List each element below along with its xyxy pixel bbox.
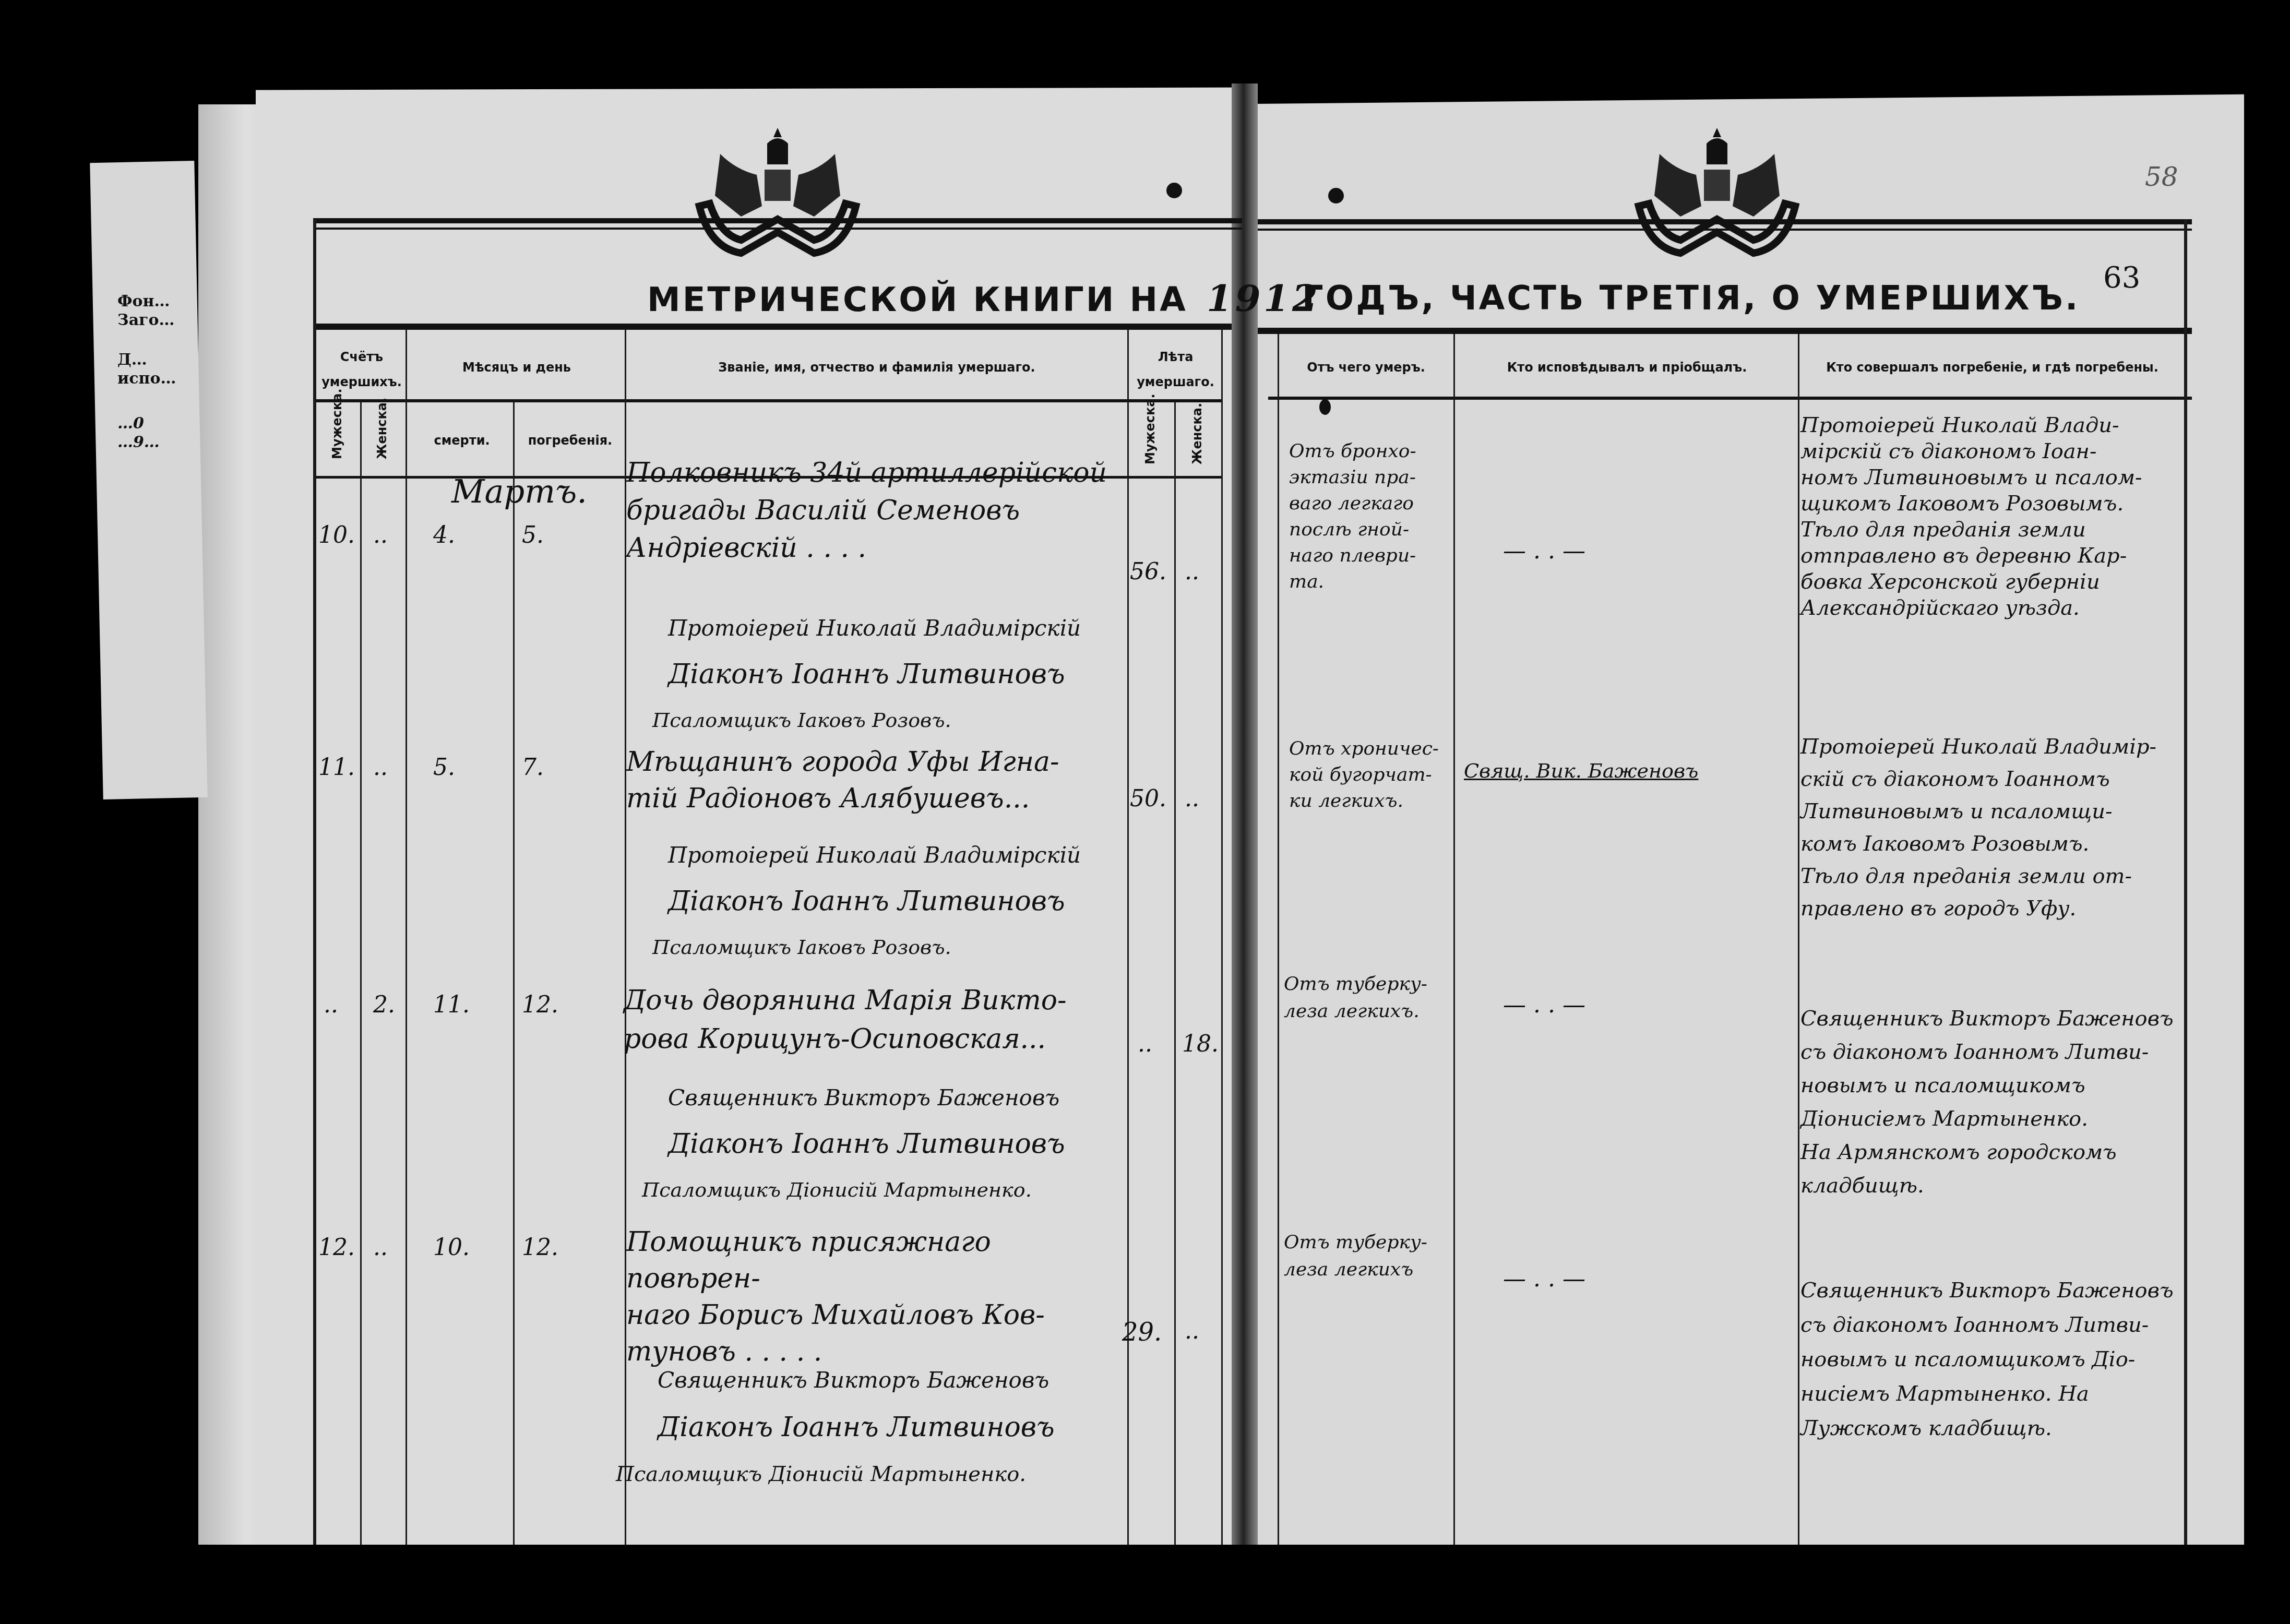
burial-officiant: Протоіерей Николай Владимір- скій съ діа… [1800,731,2187,925]
binding-hole [1328,188,1344,204]
death-day: 11. [433,992,470,1018]
confessor: — . . — [1503,992,1585,1018]
age-male: 50. [1130,785,1166,812]
burial-day: 7. [522,754,544,781]
col-header-burial-by: Кто совершалъ погребеніе, и гдѣ погребен… [1803,360,2181,375]
table-top-rule-right [1258,328,2192,334]
signatures: Священникъ Викторъ Баженовъ Діаконъ Іоан… [642,1075,1065,1213]
burial-day: 12. [522,992,558,1018]
cause-of-death: Отъ туберку- леза легкихъ [1284,1229,1427,1283]
deceased-name: Полковникъ 34й артиллерійской бригады Ва… [626,454,1127,567]
signatures: Священникъ Викторъ Баженовъ Діаконъ Іоан… [616,1357,1055,1498]
signatures: Протоіерей Николай Владимірскій Діаконъ … [668,832,1081,970]
double-headed-eagle-emblem-right [1628,123,1806,264]
col-divider [1278,334,1279,1576]
month-label: Мартъ. [451,472,587,510]
left-border [313,219,316,1586]
page-number: 63 [2103,261,2140,295]
col-header-count-male: Мужеска. [330,388,344,459]
col-header-death: смерти. [412,433,511,448]
col-header-name: Званіе, имя, отчество и фамилія умершаго… [631,360,1122,375]
col-header-burial: погребенія. [517,433,624,448]
table-top-rule-left [313,324,1232,330]
death-day: 5. [433,754,455,781]
deceased-name: Дочь дворянина Марія Викто- рова Корицун… [624,981,1125,1058]
deceased-name: Помощникъ присяжнаго повѣрен- наго Борис… [626,1224,1127,1370]
col-header-age-male: Мужеска. [1143,393,1158,464]
header-rule-right-thin [1258,229,2192,231]
age-male: 29. [1122,1318,1162,1347]
death-day: 4. [433,522,455,548]
col-header-confessor: Кто исповѣдывалъ и пріобщалъ. [1459,360,1795,375]
deceased-name: Мѣщанинъ города Уфы Игна- тій Радіоновъ … [626,744,1127,817]
scan-background-bottom [0,1545,2290,1624]
female-count: .. [373,1234,388,1261]
col-divider [1221,329,1223,1581]
burial-day: 12. [522,1234,558,1261]
col-divider [1127,329,1129,1581]
register-book-scan: Фон… Заго… Д… испо… …0 …9… 58 МЕТРИЧЕСКО… [0,0,2290,1624]
binding-hole [1166,183,1182,198]
cause-of-death: Отъ туберку- леза легкихъ. [1284,971,1427,1025]
header-rule-left [313,218,1242,223]
header-rule-left-thin [313,228,1242,230]
male-count: 11. [318,754,355,781]
archive-label-tab [90,161,208,799]
age-female: 18. [1182,1031,1219,1057]
male-count: 12. [318,1234,355,1261]
female-count: .. [373,522,388,548]
col-header-month-day: Мѣсяцъ и день [412,360,621,375]
subheader-rule-left [313,399,1221,402]
title-left: МЕТРИЧЕСКОЙ КНИГИ НА 1912 [647,277,1321,320]
male-count: 10. [318,522,355,548]
title-right: ГОДЪ, ЧАСТЬ ТРЕТІЯ, О УМЕРШИХЪ. [1302,279,2080,318]
female-count: 2. [373,992,395,1018]
col-header-age: Лѣта умершаго. [1130,344,1221,395]
pencil-folio-number: 58 [2145,162,2178,192]
death-day: 10. [433,1234,470,1261]
binding-hole [1319,399,1331,415]
col-divider [1798,334,1799,1576]
confessor: Свящ. Вик. Баженовъ [1464,759,1698,782]
age-female: .. [1185,1318,1199,1344]
burial-officiant: Протоіерей Николай Влади- мірскій съ діа… [1800,412,2187,621]
confessor: — . . — [1503,538,1585,564]
double-headed-eagle-emblem-left [689,123,866,264]
male-count: .. [324,992,338,1018]
burial-day: 5. [522,522,544,548]
confessor: — . . — [1503,1265,1585,1292]
signatures: Протоіерей Николай Владимірскій Діаконъ … [668,605,1081,743]
age-female: .. [1185,785,1199,812]
col-header-age-female: Женска. [1190,403,1204,464]
burial-officiant: Священникъ Викторъ Баженовъ съ діакономъ… [1800,1002,2187,1202]
subheader-rule-right [1268,397,2192,400]
header-rule-right [1258,219,2192,224]
age-male: .. [1138,1031,1152,1057]
col-divider [513,402,515,1581]
cause-of-death: Отъ бронхо- эктазіи пра- ваго легкаго по… [1289,438,1416,595]
cause-of-death: Отъ хроничес- кой бугорчат- ки легкихъ. [1289,736,1439,814]
archive-label-text: Фон… Заго… Д… испо… …0 …9… [117,292,176,452]
age-female: .. [1185,558,1199,585]
col-divider [1174,402,1176,1581]
col-divider [360,402,362,1581]
col-header-count: Счётъ умершихъ. [317,344,406,395]
col-divider [1453,334,1455,1576]
age-male: 56. [1130,558,1166,585]
col-header-count-female: Женска. [375,398,389,459]
col-header-cause: Отъ чего умеръ. [1281,360,1451,375]
col-divider [405,329,407,1581]
burial-officiant: Священникъ Викторъ Баженовъ съ діакономъ… [1800,1273,2187,1446]
female-count: .. [373,754,388,781]
